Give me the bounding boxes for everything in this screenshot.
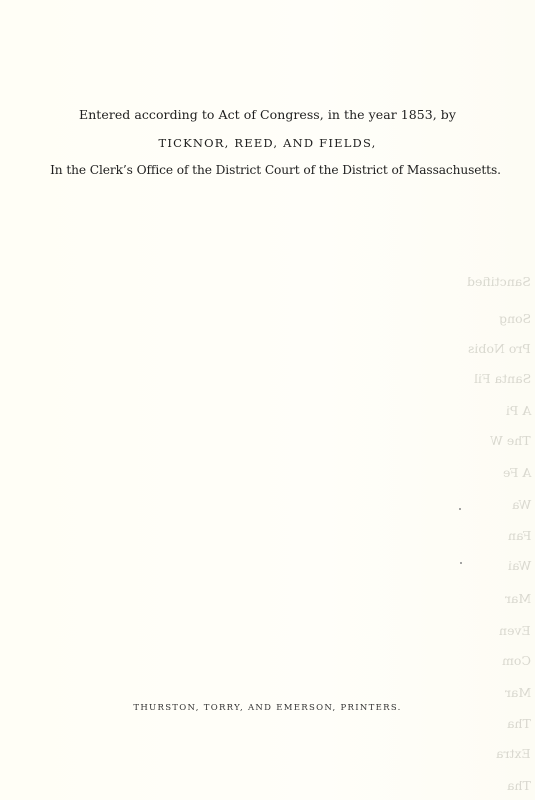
bleed-through-line: Santa Fil bbox=[474, 371, 531, 386]
bleed-through-line: Sanctified bbox=[467, 274, 531, 289]
bleed-through-line: Song bbox=[499, 311, 531, 326]
bleed-through-line: Mar bbox=[505, 591, 531, 606]
bleed-through-line: A Fe bbox=[503, 465, 531, 480]
bleed-through-text: SanctifiedSongPro NobisSanta FilA PiThe … bbox=[440, 0, 535, 800]
bleed-through-line: Wai bbox=[508, 558, 531, 573]
ink-speck bbox=[459, 508, 461, 510]
ink-speck bbox=[460, 562, 462, 564]
bleed-through-line: Tha bbox=[507, 778, 531, 793]
bleed-through-line: Even bbox=[499, 623, 531, 638]
bleed-through-line: Fan bbox=[508, 528, 531, 543]
bleed-through-line: The W bbox=[490, 433, 531, 448]
bleed-through-line: Wa bbox=[512, 497, 531, 512]
bleed-through-line: Mar bbox=[505, 685, 531, 700]
book-page: Entered according to Act of Congress, in… bbox=[0, 0, 535, 800]
bleed-through-line: Extra bbox=[496, 746, 531, 761]
bleed-through-line: Com bbox=[502, 653, 531, 668]
bleed-through-line: Pro Nobis bbox=[468, 341, 531, 356]
bleed-through-line: Tha bbox=[507, 716, 531, 731]
bleed-through-line: A Pi bbox=[506, 403, 531, 418]
